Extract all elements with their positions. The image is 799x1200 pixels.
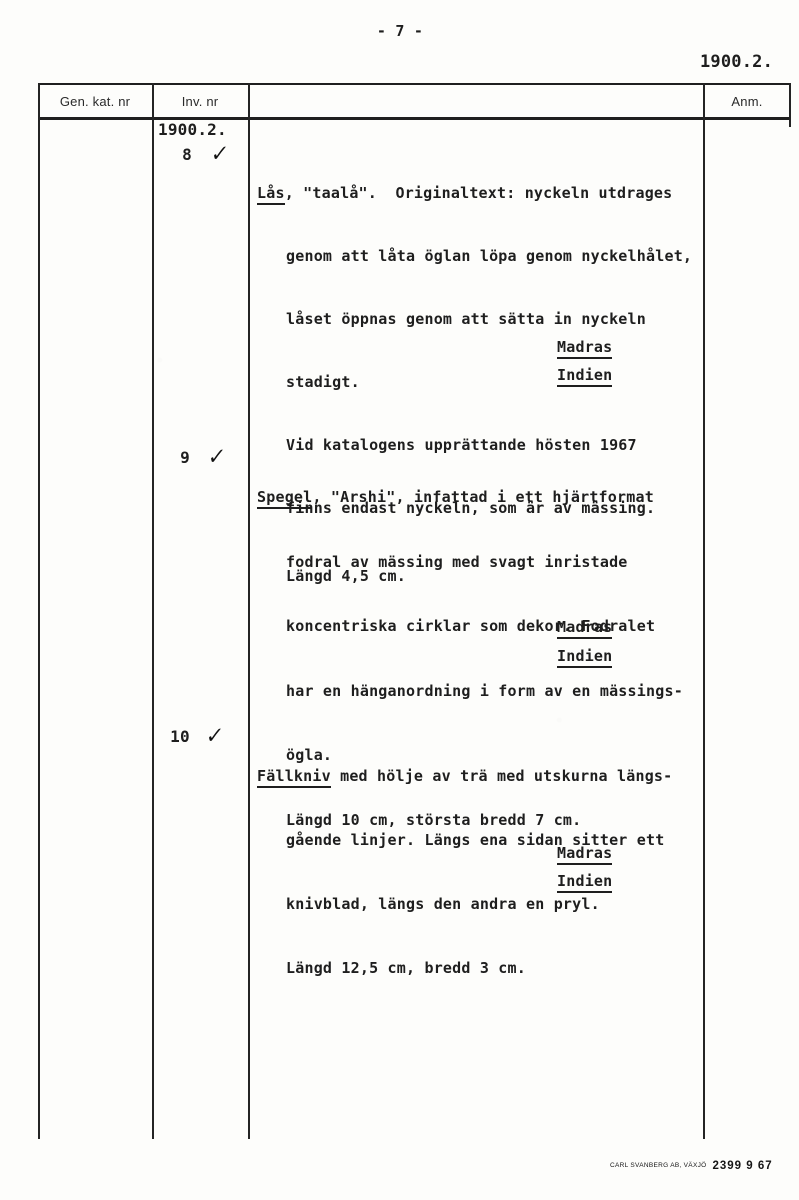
- item-8-title-rest: , "taalå". Originaltext: nyckeln utdrage…: [285, 184, 673, 202]
- item-10-line: knivblad, längs den andra en pryl.: [286, 890, 709, 918]
- column-header-gen-kat-nr: Gen. kat. nr: [40, 91, 150, 113]
- item-8-title: Lås: [257, 184, 285, 205]
- column-header-inv-nr: Inv. nr: [154, 91, 246, 113]
- item-9-line: har en hänganordning i form av en mässin…: [286, 677, 709, 706]
- page-number: - 7 -: [340, 22, 460, 40]
- catalog-ref-top-right: 1900.2.: [700, 52, 773, 72]
- item-9-line: koncentriska cirklar som dekor. Fodralet: [286, 612, 709, 641]
- table-border-left: [38, 83, 40, 1139]
- item-9-place-city: Madras: [557, 618, 612, 639]
- item-9-title-rest: , "Arshi", infattad i ett hjärtformat: [312, 488, 654, 506]
- printer-imprint: CARL SVANBERG AB, VÄXJÖ2399 9 67: [610, 1156, 795, 1174]
- column-header-anm: Anm.: [705, 91, 789, 113]
- item-8-place-country: Indien: [557, 366, 612, 387]
- item-8-place-city: Madras: [557, 338, 612, 359]
- item-10-place-city: Madras: [557, 844, 612, 865]
- item-9-title: Spegel: [257, 488, 312, 509]
- item-8-line: stadigt.: [286, 369, 709, 396]
- table-divider-genkat-inv: [152, 83, 154, 1139]
- item-8-line: genom att låta öglan löpa genom nyckelhå…: [286, 243, 709, 270]
- item-8-line-1: Lås, "taalå". Originaltext: nyckeln utdr…: [257, 180, 709, 207]
- printer-code: 2399 9 67: [712, 1160, 772, 1172]
- checkmark-icon: ✓: [207, 443, 235, 470]
- inv-nr-item-10: 10: [163, 727, 197, 746]
- table-border-right: [789, 83, 791, 127]
- printer-name: CARL SVANBERG AB, VÄXJÖ: [610, 1162, 706, 1169]
- item-10-place-country: Indien: [557, 872, 612, 893]
- scanned-catalog-page: - 7 - 1900.2. Gen. kat. nr Inv. nr Anm. …: [0, 0, 799, 1200]
- item-10-description: Fällkniv med hölje av trä med utskurna l…: [257, 726, 709, 1018]
- item-9-line-1: Spegel, "Arshi", infattad i ett hjärtfor…: [257, 483, 709, 512]
- item-9-place-country: Indien: [557, 647, 612, 668]
- item-10-line-1: Fällkniv med hölje av trä med utskurna l…: [257, 762, 709, 790]
- checkmark-icon: ✓: [205, 722, 233, 749]
- item-8-line: låset öppnas genom att sätta in nyckeln: [286, 306, 709, 333]
- table-header-underline: [38, 117, 790, 120]
- table-divider-inv-body: [248, 83, 250, 1139]
- item-10-measure: Längd 12,5 cm, bredd 3 cm.: [286, 954, 709, 982]
- inv-nr-item-8: 8: [170, 145, 204, 164]
- inv-nr-item-9: 9: [168, 448, 202, 467]
- item-10-title-rest: med hölje av trä med utskurna längs-: [331, 767, 673, 785]
- item-10-line: gående linjer. Längs ena sidan sitter et…: [286, 826, 709, 854]
- group-label-1900-2: 1900.2.: [158, 120, 227, 139]
- item-10-title: Fällkniv: [257, 767, 331, 788]
- checkmark-icon: ✓: [210, 140, 238, 167]
- table-border-top: [38, 83, 790, 85]
- item-9-line: fodral av mässing med svagt inristade: [286, 548, 709, 577]
